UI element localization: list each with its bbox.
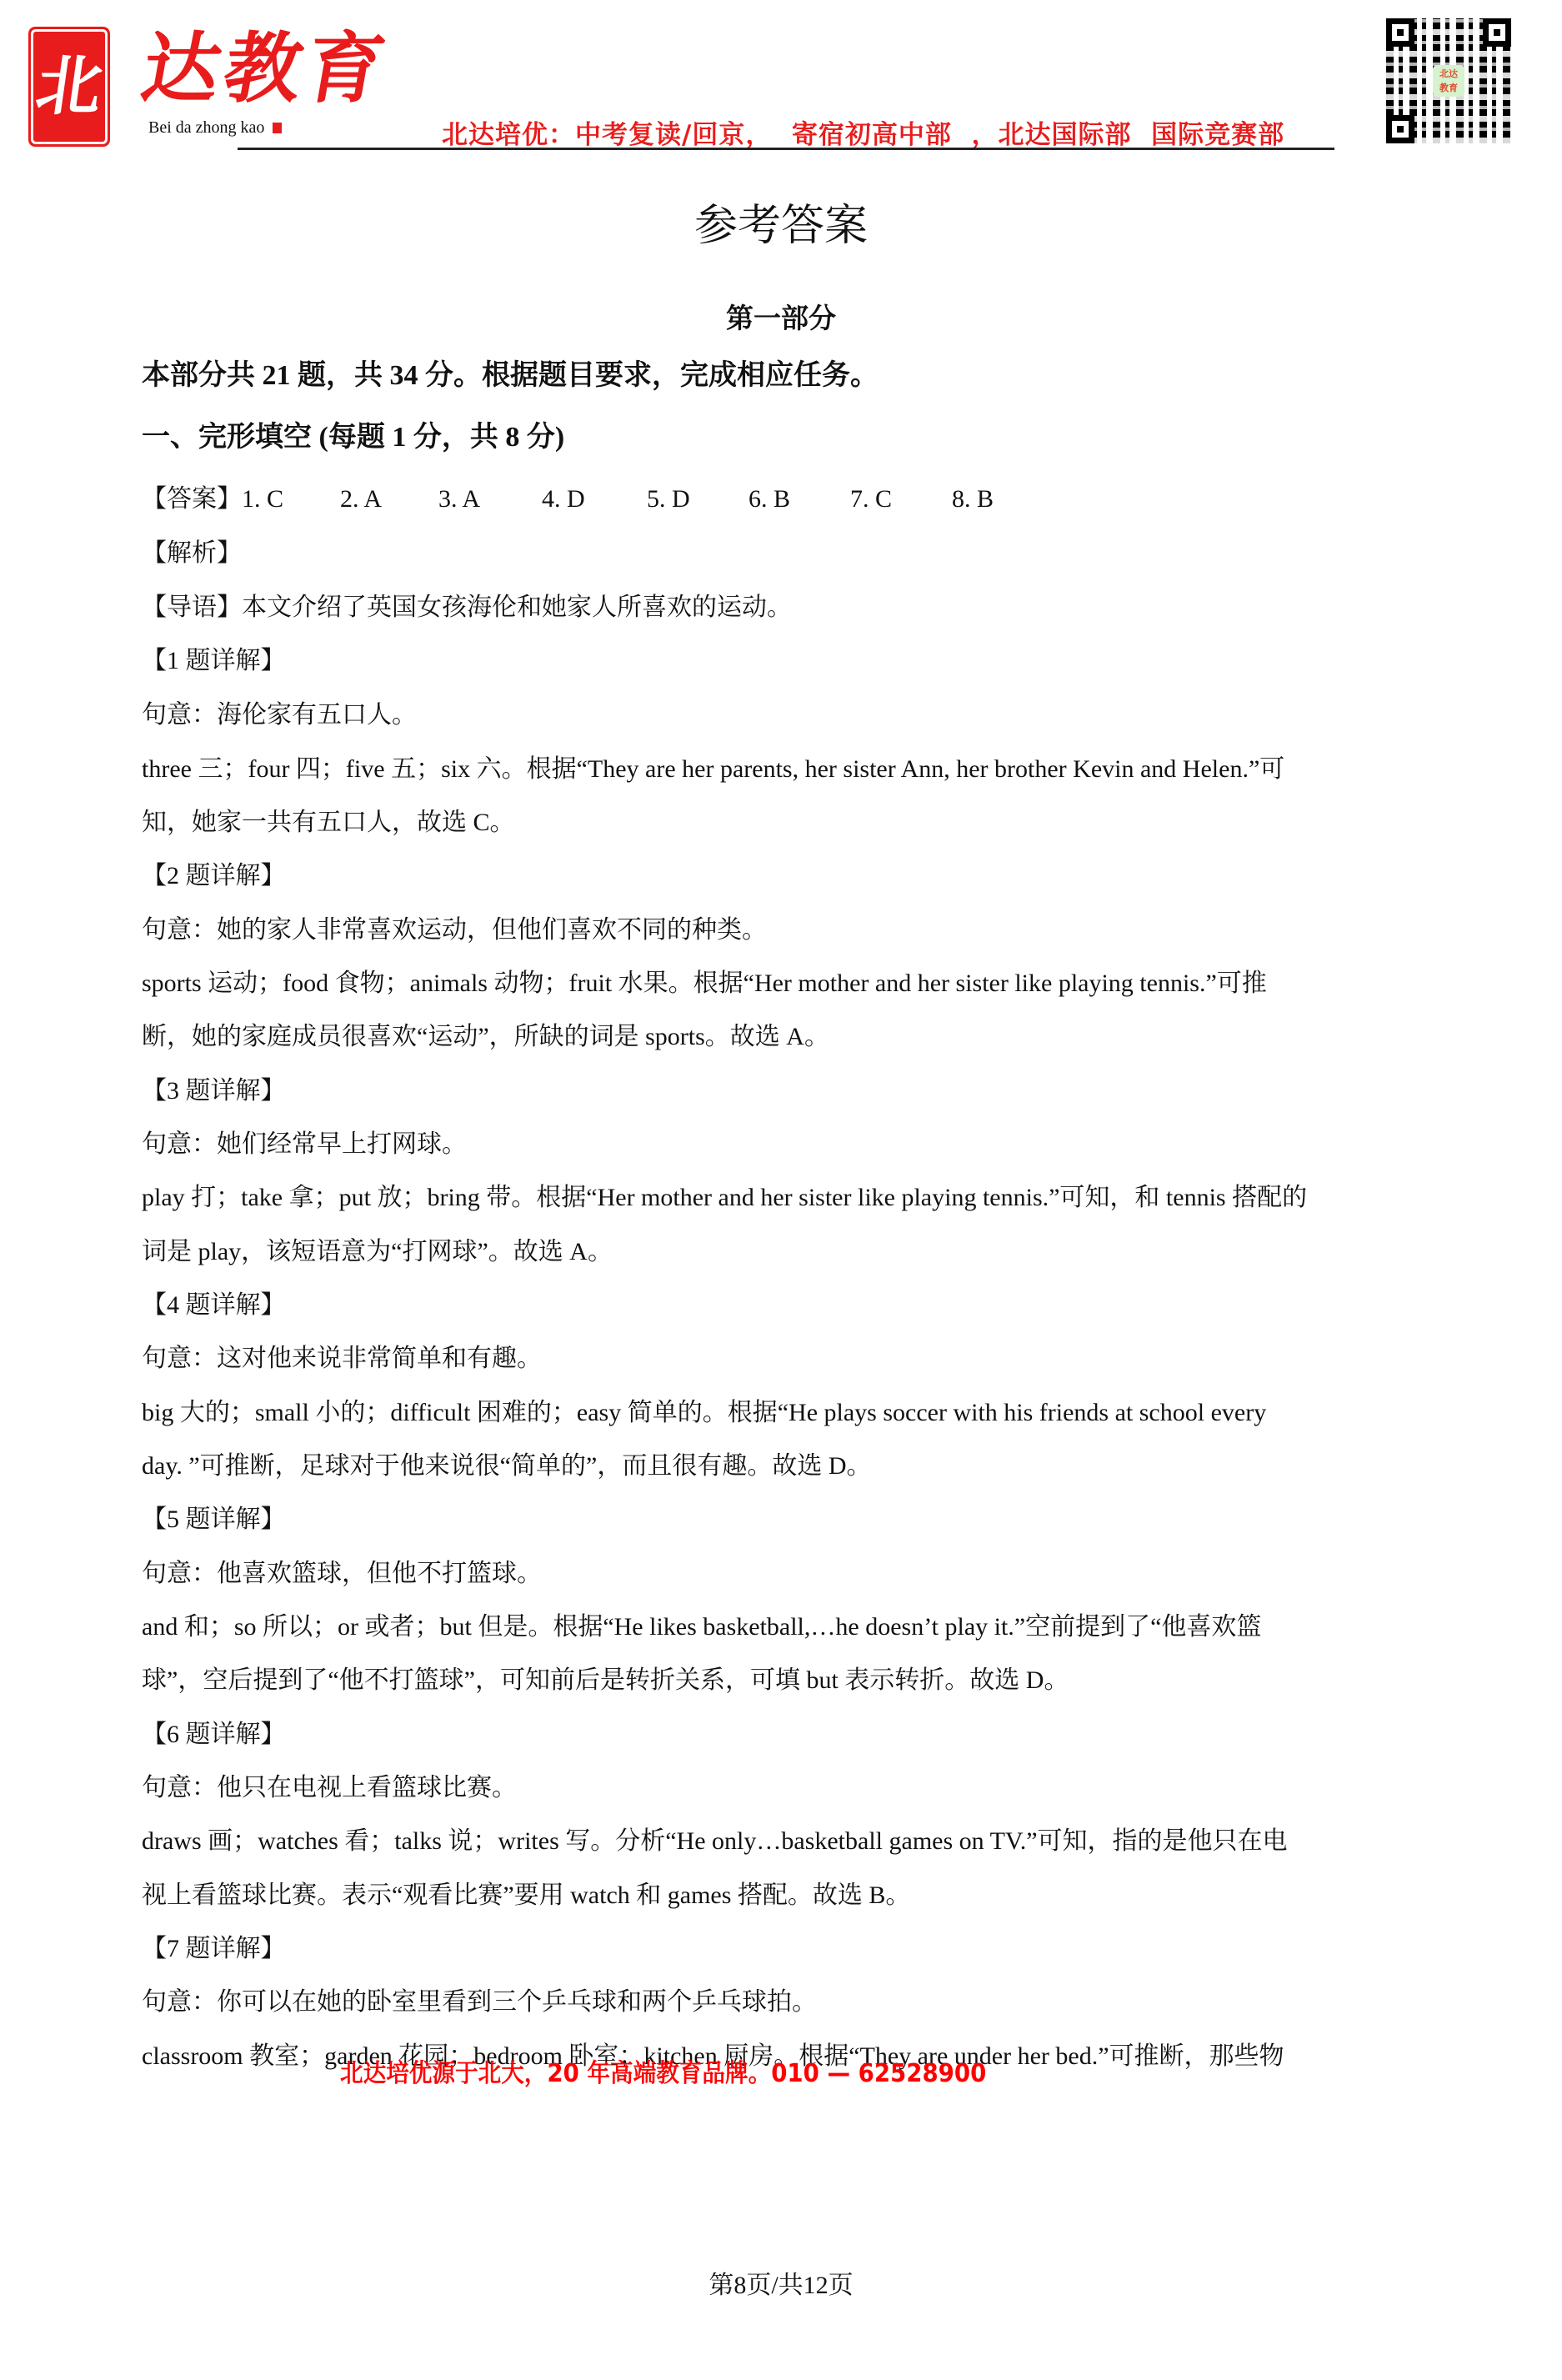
sentence-meaning: 句意：你可以在她的卧室里看到三个乒乓球和两个乒乓球拍。	[142, 1987, 817, 2017]
sentence-meaning: 句意：海伦家有五口人。	[142, 700, 417, 730]
sentence-meaning: 句意：他喜欢篮球，但他不打篮球。	[142, 1559, 542, 1589]
explanation-text: 知，她家一共有五口人，故选 C。	[142, 808, 515, 838]
explanation-text: play 打；take 拿；put 放；bring 带。根据“Her mothe…	[142, 1183, 1307, 1213]
section-heading: 一、完形填空 (每题 1 分，共 8 分)	[142, 423, 564, 453]
answer-item: 2. A	[340, 484, 438, 514]
page-title: 参考答案	[0, 204, 1562, 248]
explanation-text: 断，她的家庭成员很喜欢“运动”，所缺的词是 sports。故选 A。	[142, 1022, 829, 1052]
page-number: 第8页/共12页	[0, 2264, 1562, 2301]
question-heading: 【6 题详解】	[142, 1720, 286, 1750]
header-divider	[238, 148, 1334, 150]
sentence-meaning: 句意：这对他来说非常简单和有趣。	[142, 1344, 542, 1374]
qr-finder-icon	[1483, 18, 1511, 47]
answer-item: 8. B	[952, 484, 994, 514]
explanation-text: and 和；so 所以；or 或者；but 但是。根据“He likes bas…	[142, 1612, 1261, 1642]
explanation-text: draws 画；watches 看；talks 说；writes 写。分析“He…	[142, 1826, 1288, 1856]
answer-item: 5. D	[647, 484, 748, 514]
red-square-icon	[273, 123, 282, 133]
part-instruction: 本部分共 21 题，共 34 分。根据题目要求，完成相应任务。	[142, 361, 879, 391]
question-heading: 【5 题详解】	[142, 1505, 286, 1535]
explanation-text: 词是 play，该短语意为“打网球”。故选 A。	[142, 1237, 613, 1267]
answer-item: 7. C	[850, 484, 952, 514]
logo-subtitle-text: Bei da zhong kao	[148, 118, 264, 137]
answer-item: 6. B	[748, 484, 850, 514]
explanation-text: three 三；four 四；five 五；six 六。根据“They are …	[142, 754, 1284, 784]
answer-item: 4. D	[542, 484, 647, 514]
explanation-text: day. ”可推断，足球对于他来说很“简单的”，而且很有趣。故选 D。	[142, 1451, 871, 1481]
question-heading: 【4 题详解】	[142, 1290, 286, 1320]
logo-seal: 北	[33, 32, 105, 142]
answers-label: 【答案】	[142, 485, 242, 513]
qr-center-badge: 北达 教育	[1433, 65, 1464, 97]
explanation-text: big 大的；small 小的；difficult 困难的；easy 简单的。根…	[142, 1398, 1266, 1428]
logo-seal-char: 北	[33, 54, 107, 119]
qr-finder-icon	[1386, 18, 1414, 47]
sentence-meaning: 句意：她的家人非常喜欢运动，但他们喜欢不同的种类。	[142, 915, 767, 945]
logo-subtitle: Bei da zhong kao	[148, 118, 282, 138]
qr-finder-icon	[1386, 115, 1414, 143]
logo-title: 达教育	[137, 30, 395, 107]
qr-code-icon: 北达 教育	[1386, 18, 1511, 143]
explanation-text: sports 运动；food 食物；animals 动物；fruit 水果。根据…	[142, 969, 1267, 999]
header-slogan: 北达培优：中考复读/回京， 寄宿初高中部 ，北达国际部 国际竞赛部	[442, 113, 1284, 151]
intro-text: 【导语】本文介绍了英国女孩海伦和她家人所喜欢的运动。	[142, 593, 792, 623]
question-heading: 【1 题详解】	[142, 646, 286, 676]
explanation-text: 视上看篮球比赛。表示“观看比赛”要用 watch 和 games 搭配。故选 B…	[142, 1881, 910, 1911]
part-title: 第一部分	[0, 304, 1562, 332]
qr-badge-line: 教育	[1433, 81, 1464, 95]
sentence-meaning: 句意：他只在电视上看篮球比赛。	[142, 1773, 517, 1803]
analysis-label: 【解析】	[142, 539, 242, 569]
watermark-text: 北达培优源于北大，20 年高端教育品牌。010 — 62528900	[340, 2052, 986, 2089]
answer-item: 1. C	[242, 484, 340, 514]
answer-item: 3. A	[438, 484, 542, 514]
explanation-text: 球”，空后提到了“他不打篮球”，可知前后是转折关系，可填 but 表示转折。故选…	[142, 1666, 1069, 1696]
question-heading: 【7 题详解】	[142, 1934, 286, 1964]
answer-key: 【答案】1. C2. A3. A4. D5. D6. B7. C8. B	[142, 484, 994, 514]
question-heading: 【2 题详解】	[142, 861, 286, 891]
qr-badge-line: 北达	[1433, 67, 1464, 81]
question-heading: 【3 题详解】	[142, 1076, 286, 1106]
sentence-meaning: 句意：她们经常早上打网球。	[142, 1130, 467, 1160]
